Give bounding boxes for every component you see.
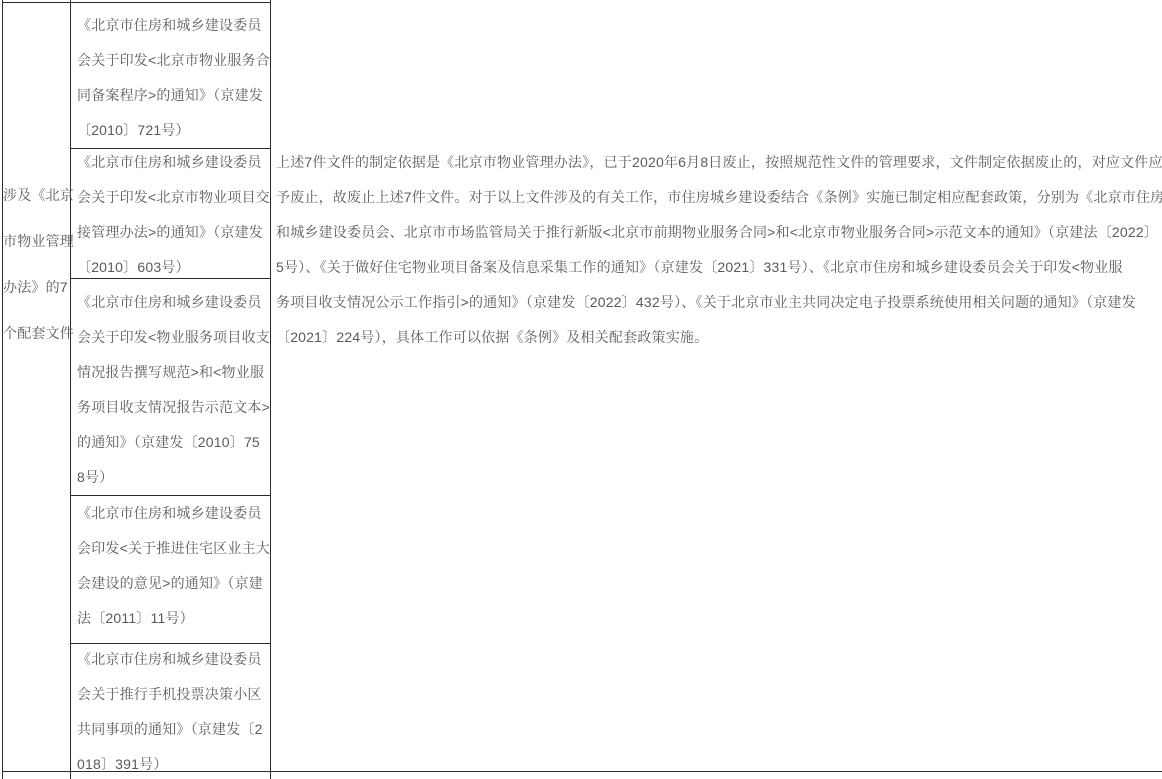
- table-border-col2-col3: [270, 0, 271, 779]
- category-cell: 涉及《北京 市物业管理 办法》的7 个配套文件: [3, 172, 73, 356]
- document-cell-1: 《北京市住房和城乡建设委员 会关于印发<北京市物业服务合 同备案程序>的通知》（…: [77, 8, 269, 148]
- document-cell-3: 《北京市住房和城乡建设委员 会关于印发<物业服务项目收支 情况报告撰写规范>和<…: [77, 285, 269, 495]
- table-border-left: [2, 0, 3, 779]
- policy-table: 涉及《北京 市物业管理 办法》的7 个配套文件 《北京市住房和城乡建设委员 会关…: [0, 0, 1162, 779]
- document-cell-4: 《北京市住房和城乡建设委员 会印发<关于推进住宅区业主大 会建设的意见>的通知》…: [77, 496, 269, 636]
- table-border-col1-col2: [70, 0, 71, 779]
- explanation-cell: 上述7件文件的制定依据是《北京市物业管理办法》，已于2020年6月8日废止，按照…: [276, 145, 1162, 355]
- document-cell-5: 《北京市住房和城乡建设委员 会关于推行手机投票决策小区 共同事项的通知》（京建发…: [77, 642, 269, 779]
- table-gridline-row-top: [2, 2, 271, 3]
- document-cell-2: 《北京市住房和城乡建设委员 会关于印发<北京市物业项目交 接管理办法>的通知》（…: [77, 145, 269, 285]
